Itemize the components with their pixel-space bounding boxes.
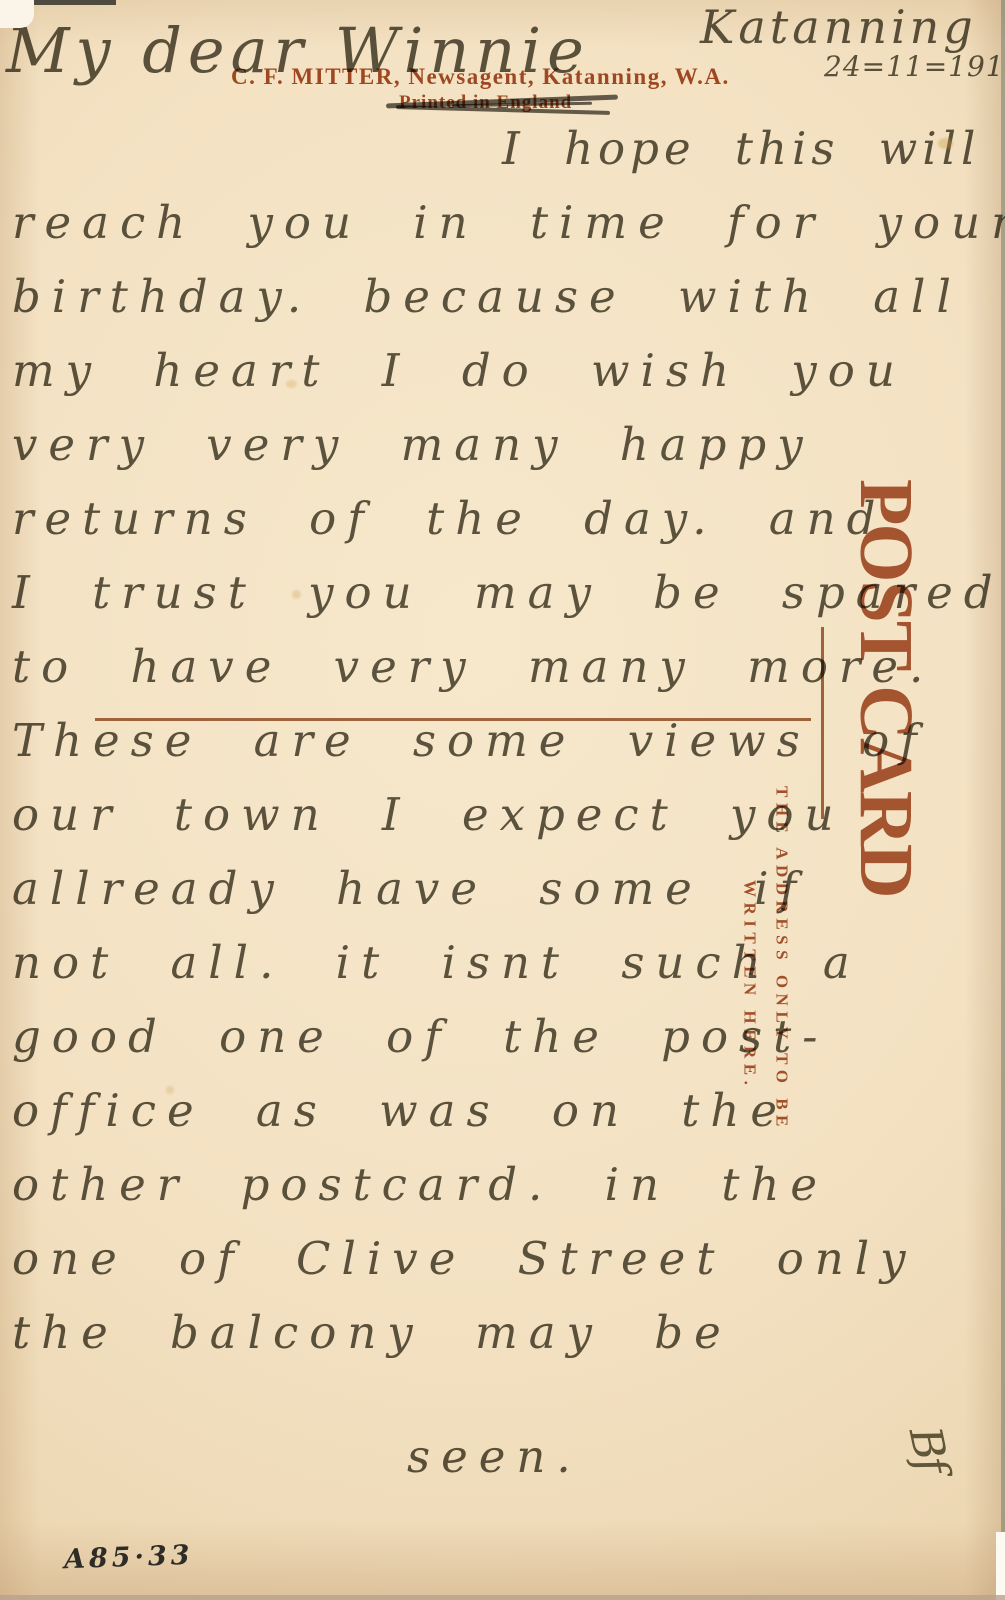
message-line: office as was on the (12, 1084, 1004, 1158)
message-line: I hope this will (12, 122, 1004, 196)
message-line: our town I expect you (12, 788, 1004, 862)
scan-edge-artifact (1001, 0, 1005, 1540)
archive-number-ink: A85·33 (63, 1540, 194, 1576)
message-line: returns of the day. and (12, 492, 1004, 566)
message-line: These are some views of (12, 714, 1004, 788)
foxing-stain (292, 590, 301, 599)
message-line: other postcard. in the (12, 1158, 1004, 1232)
scan-corner-artifact (0, 0, 34, 28)
message-line: allready have some if (12, 862, 1004, 936)
scan-edge-artifact (996, 1532, 1005, 1600)
message-line: to have very many more. (12, 640, 1004, 714)
message-line: seen. (12, 1430, 1004, 1504)
message-line: reach you in time for your (12, 196, 1004, 270)
date-handwriting: 24=11=1910. (824, 50, 1005, 83)
message-line: not all. it isnt such a (12, 936, 1004, 1010)
postcard-scan: { "printed": { "printer_line": "C. F. MI… (0, 0, 1005, 1600)
foxing-stain (166, 1086, 174, 1094)
scan-edge-artifact (0, 1595, 1005, 1600)
message-line: good one of the post- (12, 1010, 1004, 1084)
message-line: very very many happy (12, 418, 1004, 492)
foxing-stain (938, 138, 953, 149)
message-line: I trust you may be spared (12, 566, 1004, 640)
message-line: the balcony may be (12, 1306, 1004, 1380)
place-handwriting: Katanning (700, 0, 977, 54)
salutation-handwriting: My dear Winnie (6, 14, 590, 87)
message-line: birthday. because with all (12, 270, 1004, 344)
message-line: one of Clive Street only (12, 1232, 1004, 1306)
message-body-handwriting: I hope this willreach you in time for yo… (12, 122, 1004, 1504)
foxing-stain (286, 380, 297, 388)
message-line: my heart I do wish you (12, 344, 1004, 418)
